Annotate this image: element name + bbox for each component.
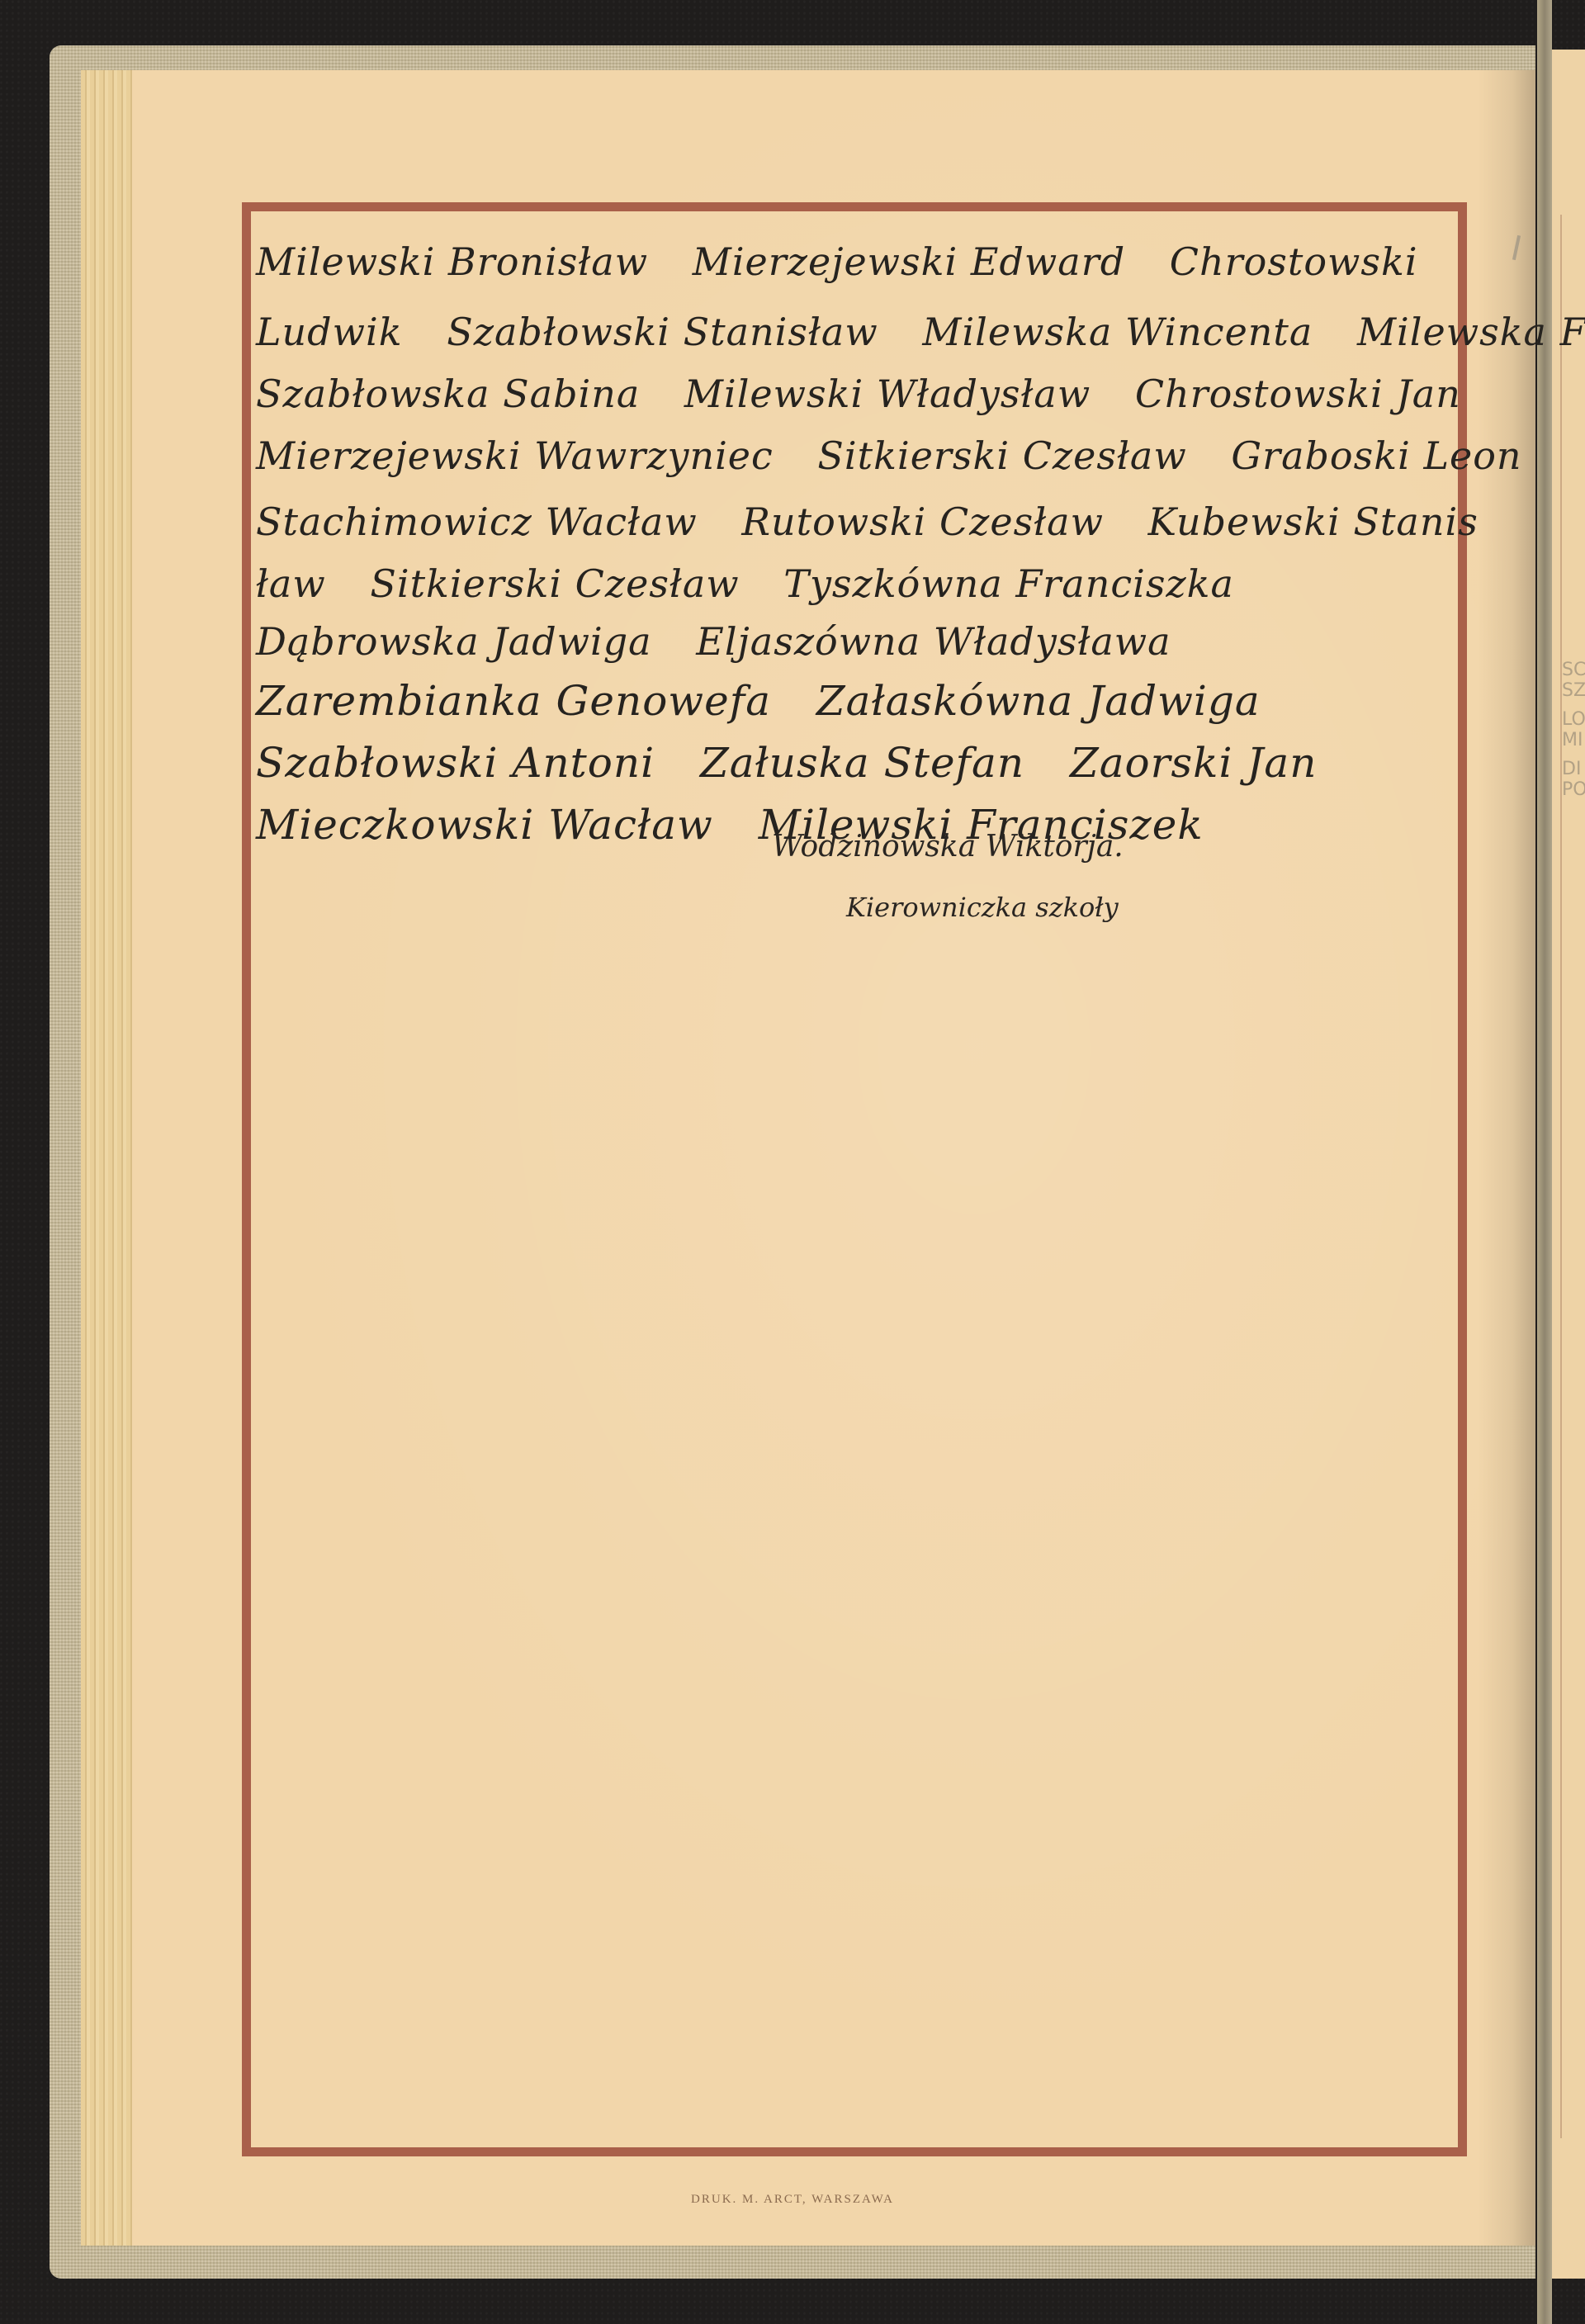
student-name: Rutowski Czesław — [741, 499, 1104, 544]
signature-name: Wodzinowska Wiktorja. — [772, 830, 1124, 864]
page-border-frame — [242, 202, 1467, 2156]
student-name: Graboski Leon — [1231, 433, 1521, 478]
student-name: Zaorski Jan — [1070, 739, 1317, 787]
page-edges — [81, 70, 133, 2246]
student-name: Mieczkowski Wacław — [256, 801, 713, 849]
student-name: Załaskówna Jadwiga — [816, 677, 1261, 725]
adjacent-page-fragment: SZ — [1562, 681, 1585, 700]
handwritten-line: Ludwik Szabłowski Stanisław Milewska Win… — [256, 310, 1585, 354]
student-name: Milewska Wincenta — [922, 310, 1313, 354]
student-name: Szabłowski Antoni — [256, 739, 655, 787]
printer-imprint: DRUK. M. ARCT, WARSZAWA — [0, 2193, 1585, 2207]
student-name: Milewski Władysław — [684, 372, 1091, 416]
student-name: Mierzejewski Edward — [693, 239, 1125, 284]
student-name: Ludwik — [256, 310, 403, 354]
handwritten-line: Dąbrowska Jadwiga Eljaszówna Władysława — [256, 619, 1203, 664]
handwritten-line: ław Sitkierski Czesław Tyszkówna Francis… — [256, 561, 1266, 606]
handwritten-line: Mierzejewski Wawrzyniec Sitkierski Czesł… — [256, 433, 1554, 478]
handwritten-line: Szabłowska Sabina Milewski Władysław Chr… — [256, 372, 1493, 416]
adjacent-page: SC SZ LO MI DI PO — [1552, 50, 1585, 2279]
adjacent-page-fragment: PO — [1562, 780, 1585, 799]
handwritten-line: Szabłowski Antoni Załuska Stefan Zaorski… — [256, 739, 1348, 787]
adjacent-page-frame — [1560, 215, 1585, 2138]
student-name: Eljaszówna Władysława — [696, 619, 1171, 664]
handwritten-line: Milewski Bronisław Mierzejewski Edward C… — [256, 239, 1450, 284]
student-name: Załuska Stefan — [700, 739, 1024, 787]
student-name: Szabłowski Stanisław — [447, 310, 878, 354]
handwritten-line: Zarembianka Genowefa Załaskówna Jadwiga — [256, 677, 1292, 725]
handwritten-line: Stachimowicz Wacław Rutowski Czesław Kub… — [256, 499, 1510, 544]
student-name: ław — [256, 561, 326, 606]
student-name: Stachimowicz Wacław — [256, 499, 698, 544]
signature-title: Kierowniczka szkoły — [846, 892, 1119, 923]
student-name: Mierzejewski Wawrzyniec — [256, 433, 774, 478]
student-name: Tyszkówna Franciszka — [783, 561, 1234, 606]
adjacent-page-fragment: LO — [1562, 710, 1585, 729]
student-name: Szabłowska Sabina — [256, 372, 640, 416]
adjacent-page-fragment: DI — [1562, 760, 1581, 779]
student-name: Sitkierski Czesław — [370, 561, 739, 606]
adjacent-page-fragment: SC — [1562, 660, 1585, 679]
student-name: Sitkierski Czesław — [817, 433, 1186, 478]
student-name: Zarembianka Genowefa — [256, 677, 771, 725]
student-name: Milewska Feliksa — [1357, 310, 1585, 354]
student-name: Kubewski Stanis — [1148, 499, 1479, 544]
student-name: Chrostowski Jan — [1135, 372, 1461, 416]
student-name: Dąbrowska Jadwiga — [256, 619, 652, 664]
adjacent-page-fragment: MI — [1562, 731, 1583, 750]
student-name: Milewski Bronisław — [256, 239, 648, 284]
student-name: Chrostowski — [1170, 239, 1418, 284]
